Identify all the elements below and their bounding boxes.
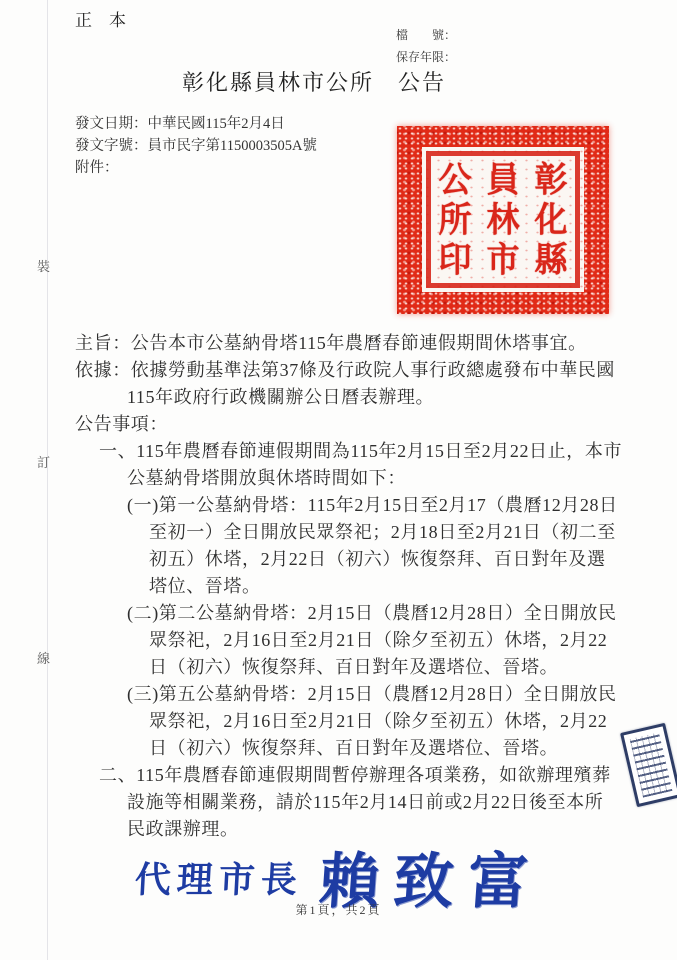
body-line: 115年政府行政機關辦公日曆表辦理。 (127, 384, 635, 411)
seal-char: 化 (535, 200, 568, 242)
body-line-item-1-2: (二)第二公墓納骨塔：2月15日（農曆12月28日）全日開放民 (127, 600, 635, 627)
signer-title: 代理市長 (134, 852, 305, 903)
binding-line (47, 0, 48, 960)
document-meta: 發文日期：中華民國115年2月4日 發文字號：員市民字第1150003505A號… (75, 113, 317, 179)
body-line-items-head: 公告事項： (75, 411, 635, 438)
body-line-item-1-1: (一)第一公墓納骨塔：115年2月15日至2月17（農曆12月28日 (127, 492, 635, 519)
seal-column-left: 公 所 印 (439, 161, 472, 278)
body-line: 塔位、晉塔。 (149, 573, 635, 600)
page-number: 第1頁，共2頁 (0, 901, 677, 918)
body-line: 至初一）全日開放民眾祭祀；2月18日至2月21日（初二至 (149, 519, 635, 546)
binding-mark-zhuang: 裝 (37, 256, 50, 275)
attachment-label: 附件： (75, 157, 317, 179)
seal-char: 林 (487, 200, 520, 242)
seal-char: 印 (439, 240, 472, 282)
body-line: 初五）休塔，2月22日（初六）恢復祭拜、百日對年及選 (149, 546, 635, 573)
official-seal: 彰 化 縣 員 林 市 公 所 印 (397, 126, 609, 314)
body-line: 設施等相關業務，請於115年2月14日前或2月22日後至本所 (127, 789, 635, 816)
announcement-document: 裝 訂 線 正 本 檔 號： 保存年限： 彰化縣員林市公所 公告 發文日期：中華… (0, 0, 677, 960)
body-line: 眾祭祀，2月16日至2月21日（除夕至初五）休塔，2月22 (149, 708, 635, 735)
body-line-item-1: 一、115年農曆春節連假期間為115年2月15日至2月22日止，本市 (99, 438, 635, 465)
body-line-basis: 依據：依據勞動基準法第37條及行政院人事行政總處發布中華民國 (75, 357, 635, 384)
stamp-text-lines (630, 732, 673, 797)
document-number: 發文字號：員市民字第1150003505A號 (75, 135, 317, 157)
official-seal-inner: 彰 化 縣 員 林 市 公 所 印 (422, 147, 584, 292)
body-line: 日（初六）恢復祭拜、百日對年及選塔位、晉塔。 (149, 735, 635, 762)
seal-column-middle: 員 林 市 (487, 161, 520, 278)
seal-char: 縣 (535, 240, 568, 282)
file-number-label: 檔 號： (396, 24, 456, 46)
page-title: 彰化縣員林市公所 公告 (0, 66, 628, 97)
seal-column-right: 彰 化 縣 (535, 161, 568, 278)
copy-type-label: 正 本 (75, 6, 126, 31)
seal-char: 員 (487, 160, 520, 202)
official-seal-frame: 彰 化 縣 員 林 市 公 所 印 (426, 151, 580, 288)
body-line-item-2: 二、115年農曆春節連假期間暫停辦理各項業務，如欲辦理殯葬 (99, 762, 635, 789)
body-line-item-1-3: (三)第五公墓納骨塔：2月15日（農曆12月28日）全日開放民 (127, 681, 635, 708)
body-line: 日（初六）恢復祭拜、百日對年及選塔位、晉塔。 (149, 654, 635, 681)
body-line: 眾祭祀，2月16日至2月21日（除夕至初五）休塔，2月22 (149, 627, 635, 654)
seal-char: 公 (439, 160, 472, 202)
binding-mark-ding: 訂 (37, 452, 50, 471)
file-reference-block: 檔 號： 保存年限： (396, 24, 456, 68)
seal-char: 彰 (535, 160, 568, 202)
retention-period-label: 保存年限： (396, 46, 456, 68)
seal-char: 市 (487, 240, 520, 282)
seal-char: 所 (439, 200, 472, 242)
body-line-subject: 主旨：公告本市公墓納骨塔115年農曆春節連假期間休塔事宜。 (75, 330, 635, 357)
issue-date: 發文日期：中華民國115年2月4日 (75, 113, 317, 135)
announcement-body: 主旨：公告本市公墓納骨塔115年農曆春節連假期間休塔事宜。 依據：依據勞動基準法… (75, 330, 635, 843)
binding-mark-xian: 線 (37, 648, 50, 667)
body-line: 公墓納骨塔開放與休塔時間如下： (127, 465, 635, 492)
